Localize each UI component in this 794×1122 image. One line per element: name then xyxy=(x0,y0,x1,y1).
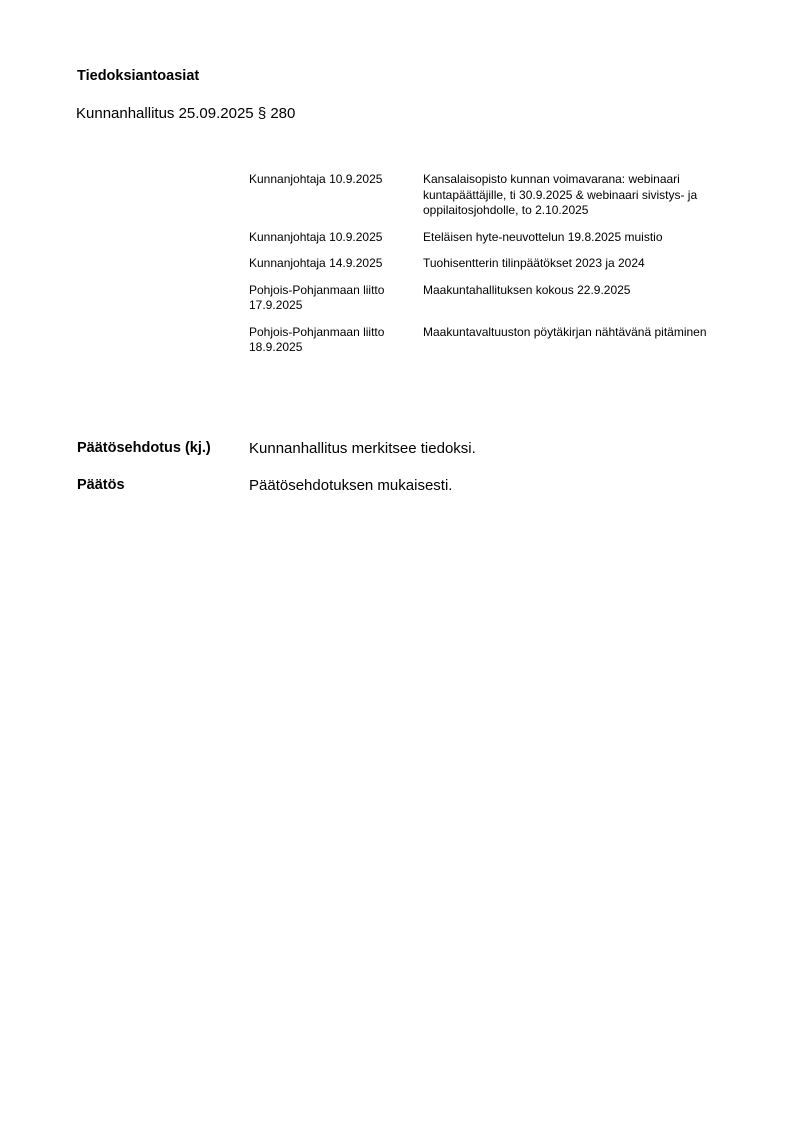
meeting-reference: Kunnanhallitus 25.09.2025 § 280 xyxy=(76,105,295,122)
item-source: Kunnanjohtaja 10.9.2025 xyxy=(249,172,423,219)
item-source: Pohjois-Pohjanmaan liitto 17.9.2025 xyxy=(249,283,423,314)
decision-section: Päätös Päätösehdotuksen mukaisesti. xyxy=(77,477,452,494)
item-description: Maakuntavaltuuston pöytäkirjan nähtävänä… xyxy=(423,325,731,356)
table-row: Pohjois-Pohjanmaan liitto 17.9.2025 Maak… xyxy=(249,283,739,314)
table-row: Pohjois-Pohjanmaan liitto 18.9.2025 Maak… xyxy=(249,325,739,356)
decision-label: Päätös xyxy=(77,477,249,494)
item-description: Tuohisentterin tilinpäätökset 2023 ja 20… xyxy=(423,256,731,272)
proposal-label: Päätösehdotus (kj.) xyxy=(77,440,249,457)
item-description: Maakuntahallituksen kokous 22.9.2025 xyxy=(423,283,731,314)
document-title: Tiedoksiantoasiat xyxy=(77,68,199,84)
table-row: Kunnanjohtaja 10.9.2025 Kansalaisopisto … xyxy=(249,172,739,219)
proposal-section: Päätösehdotus (kj.) Kunnanhallitus merki… xyxy=(77,440,476,457)
decision-text: Päätösehdotuksen mukaisesti. xyxy=(249,477,452,494)
table-row: Kunnanjohtaja 10.9.2025 Eteläisen hyte-n… xyxy=(249,230,739,246)
proposal-text: Kunnanhallitus merkitsee tiedoksi. xyxy=(249,440,476,457)
item-source: Pohjois-Pohjanmaan liitto 18.9.2025 xyxy=(249,325,423,356)
table-row: Kunnanjohtaja 14.9.2025 Tuohisentterin t… xyxy=(249,256,739,272)
item-source: Kunnanjohtaja 14.9.2025 xyxy=(249,256,423,272)
item-description: Kansalaisopisto kunnan voimavarana: webi… xyxy=(423,172,731,219)
item-source: Kunnanjohtaja 10.9.2025 xyxy=(249,230,423,246)
notice-items-table: Kunnanjohtaja 10.9.2025 Kansalaisopisto … xyxy=(249,172,739,367)
item-description: Eteläisen hyte-neuvottelun 19.8.2025 mui… xyxy=(423,230,731,246)
